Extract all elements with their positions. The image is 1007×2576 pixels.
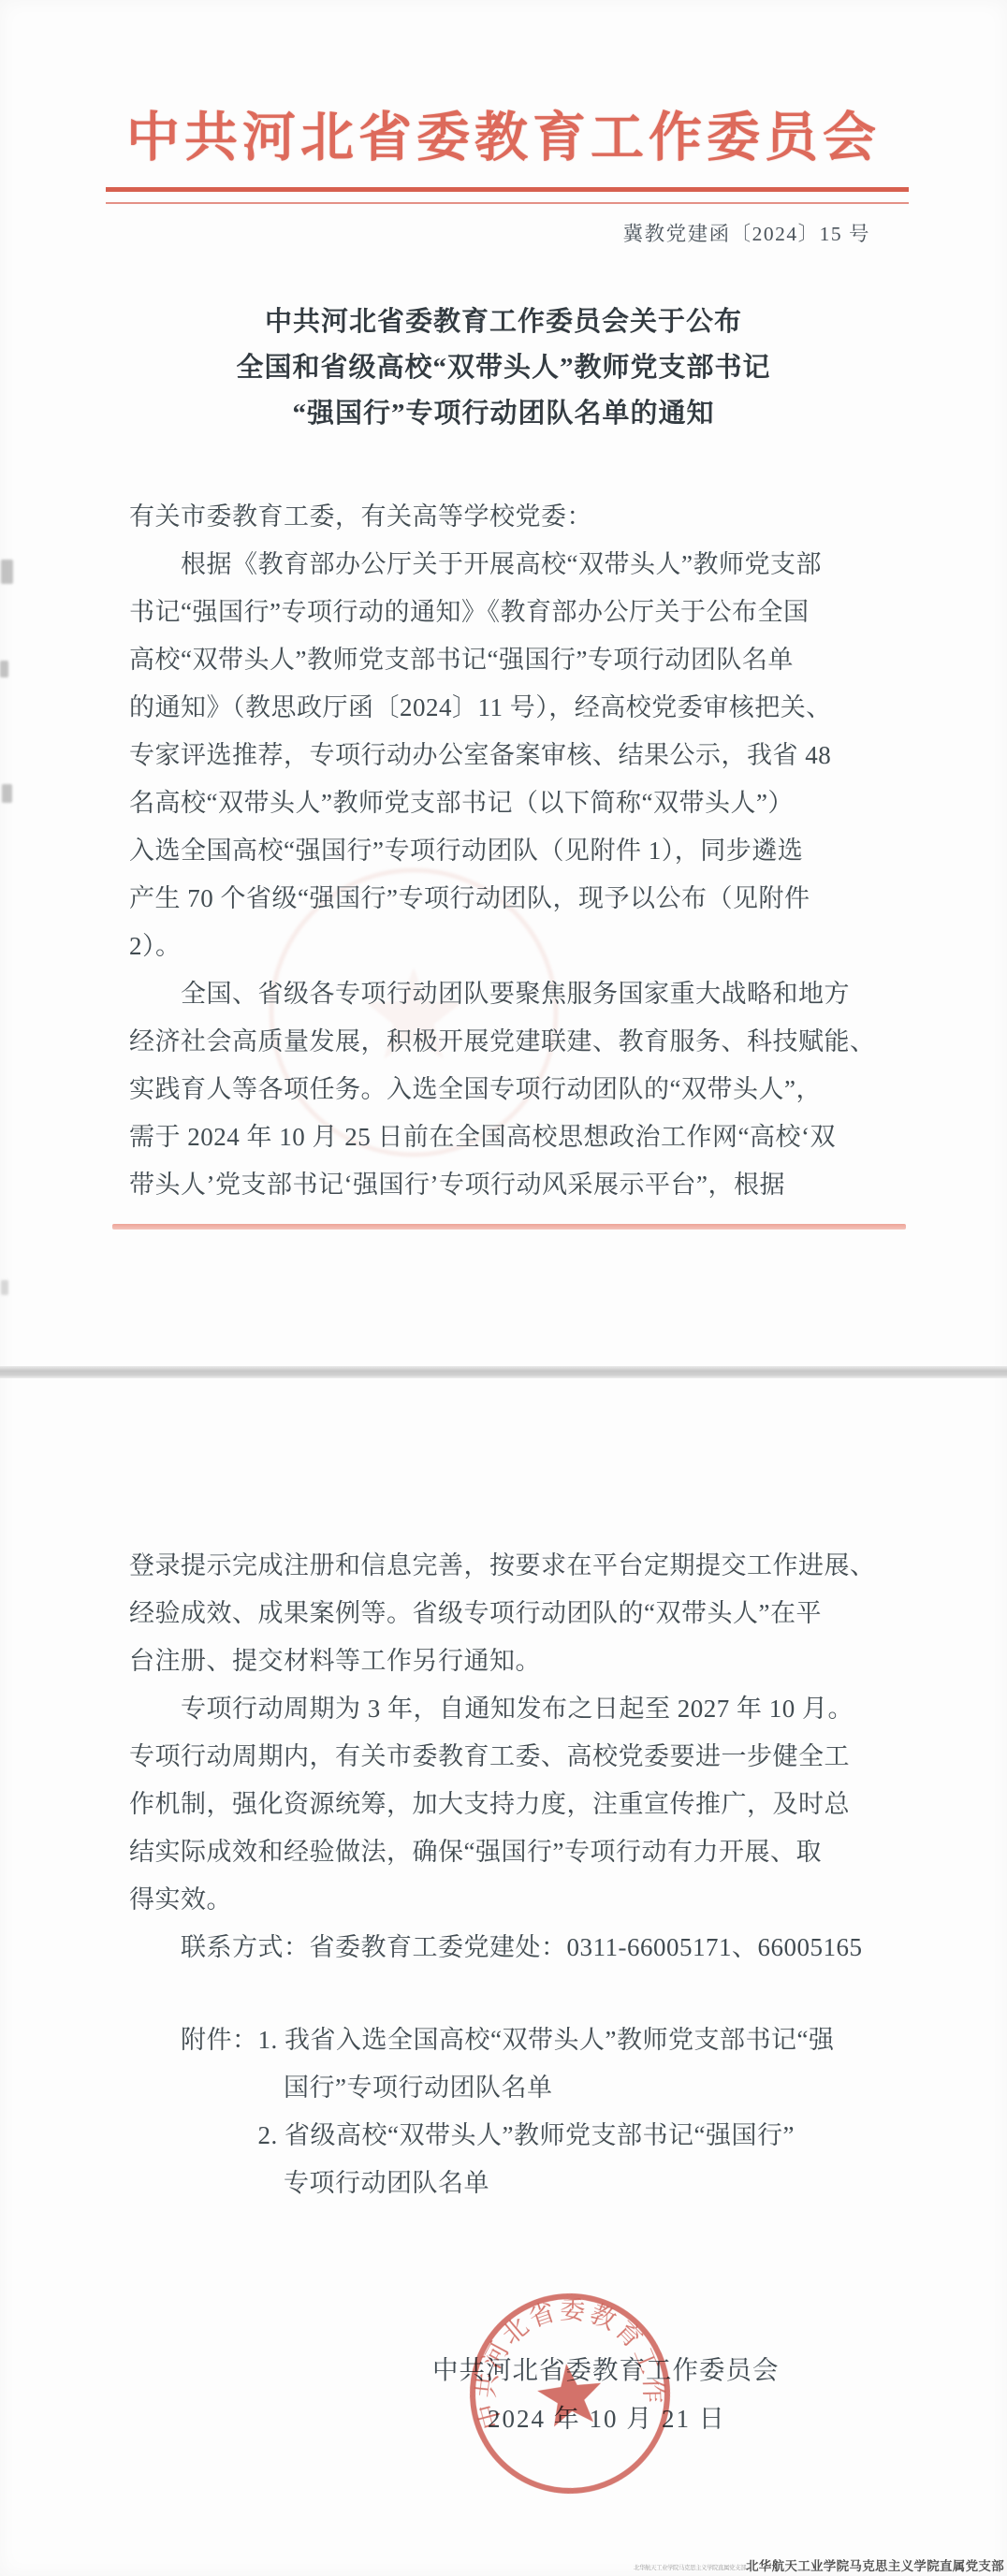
- notice-title-line: 中共河北省委教育工作委员会关于公布: [0, 299, 1007, 345]
- page2-body: 登录提示完成注册和信息完善，按要求在平台定期提交工作进展、经验成效、成果案例等。…: [129, 1542, 904, 1972]
- body-line: 台注册、提交材料等工作另行通知。: [129, 1637, 904, 1685]
- attachment-line: 2. 省级高校“双带头人”教师党支部书记“强国行”: [129, 2112, 904, 2160]
- body-line: 实践育人等各项任务。入选全国专项行动团队的“双带头人”，: [129, 1066, 904, 1113]
- body-line: 高校“双带头人”教师党支部书记“强国行”专项行动团队名单: [129, 636, 904, 684]
- letterhead-org-name: 中共河北省委教育工作委员会: [0, 105, 1007, 172]
- attachments-list: 附件：1. 我省入选全国高校“双带头人”教师党支部书记“强 国行”专项行动团队名…: [129, 2016, 904, 2207]
- page1-footer-rule: [112, 1224, 906, 1230]
- document-number: 冀教党建函〔2024〕15 号: [623, 218, 870, 247]
- scan-artifact: [2, 784, 12, 803]
- scan-artifact: [1, 560, 13, 584]
- attachment-line: 专项行动团队名单: [129, 2160, 904, 2207]
- body-line: 专项行动周期内，有关市委教育工委、高校党委要进一步健全工: [129, 1733, 904, 1781]
- body-line: 联系方式：省委教育工委党建处：0311-66005171、66005165: [129, 1924, 904, 1972]
- body-line: 经济社会高质量发展，积极开展党建联建、教育服务、科技赋能、: [129, 1018, 904, 1066]
- body-line: 经验成效、成果案例等。省级专项行动团队的“双带头人”在平: [129, 1590, 904, 1637]
- body-line: 得实效。: [129, 1876, 904, 1924]
- body-line: 全国、省级各专项行动团队要聚焦服务国家重大战略和地方: [129, 970, 904, 1018]
- body-line: 结实际成效和经验做法，确保“强国行”专项行动有力开展、取: [129, 1828, 904, 1876]
- scan-artifact: [1, 1280, 8, 1295]
- notice-title: 中共河北省委教育工作委员会关于公布全国和省级高校“双带头人”教师党支部书记“强国…: [0, 299, 1007, 437]
- body-line: 产生 70 个省级“强国行”专项行动团队，现予以公布（见附件: [129, 875, 904, 923]
- body-line: 专项行动周期为 3 年，自通知发布之日起至 2027 年 10 月。: [129, 1685, 904, 1733]
- body-line: 专家评选推荐，专项行动办公室备案审核、结果公示，我省 48: [129, 732, 904, 779]
- body-line: 的通知》（教思政厅函〔2024〕11 号），经高校党委审核把关、: [129, 684, 904, 732]
- body-line: 名高校“双带头人”教师党支部书记（以下简称“双带头人”）: [129, 779, 904, 827]
- notice-title-line: “强国行”专项行动团队名单的通知: [0, 391, 1007, 437]
- page1-body: 有关市委教育工委，有关高等学校党委： 根据《教育部办公厅关于开展高校“双带头人”…: [129, 493, 904, 1209]
- attachment-line: 国行”专项行动团队名单: [129, 2064, 904, 2112]
- body-line: 登录提示完成注册和信息完善，按要求在平台定期提交工作进展、: [129, 1542, 904, 1590]
- body-line: 带头人’党支部书记‘强国行’专项行动风采展示平台”，根据: [129, 1161, 904, 1209]
- body-line: 2）。: [129, 923, 904, 970]
- notice-title-line: 全国和省级高校“双带头人”教师党支部书记: [0, 345, 1007, 391]
- body-line: 作机制，强化资源统筹，加大支持力度，注重宣传推广，及时总: [129, 1781, 904, 1828]
- watermark-main-text: 北华航天工业学院马克思主义学院直属党支部: [746, 2559, 1004, 2573]
- watermark-micro-text: 北华航天工业学院马克思主义学院直属党支部: [634, 2565, 746, 2571]
- body-line: 根据《教育部办公厅关于开展高校“双带头人”教师党支部: [129, 541, 904, 589]
- document-scan: 中共河北省委教育工作委员会 冀教党建函〔2024〕15 号 中共河北省委教育工作…: [0, 0, 1007, 2576]
- letterhead-divider-rule: [106, 187, 909, 204]
- page-break-divider: [0, 1366, 1007, 1378]
- official-seal: 中共河北省委教育工作委员会: [443, 2266, 697, 2521]
- seal-star-icon: [534, 2360, 606, 2428]
- attachment-line: 附件：1. 我省入选全国高校“双带头人”教师党支部书记“强: [129, 2016, 904, 2064]
- watermark: 北华航天工业学院马克思主义学院直属党支部北华航天工业学院马克思主义学院直属党支部: [634, 2555, 1004, 2575]
- body-line: 有关市委教育工委，有关高等学校党委：: [129, 493, 904, 541]
- scan-artifact: [0, 661, 8, 677]
- body-line: 需于 2024 年 10 月 25 日前在全国高校思想政治工作网“高校‘双: [129, 1113, 904, 1161]
- body-line: 入选全国高校“强国行”专项行动团队（见附件 1），同步遴选: [129, 827, 904, 875]
- body-line: 书记“强国行”专项行动的通知》《教育部办公厅关于公布全国: [129, 589, 904, 636]
